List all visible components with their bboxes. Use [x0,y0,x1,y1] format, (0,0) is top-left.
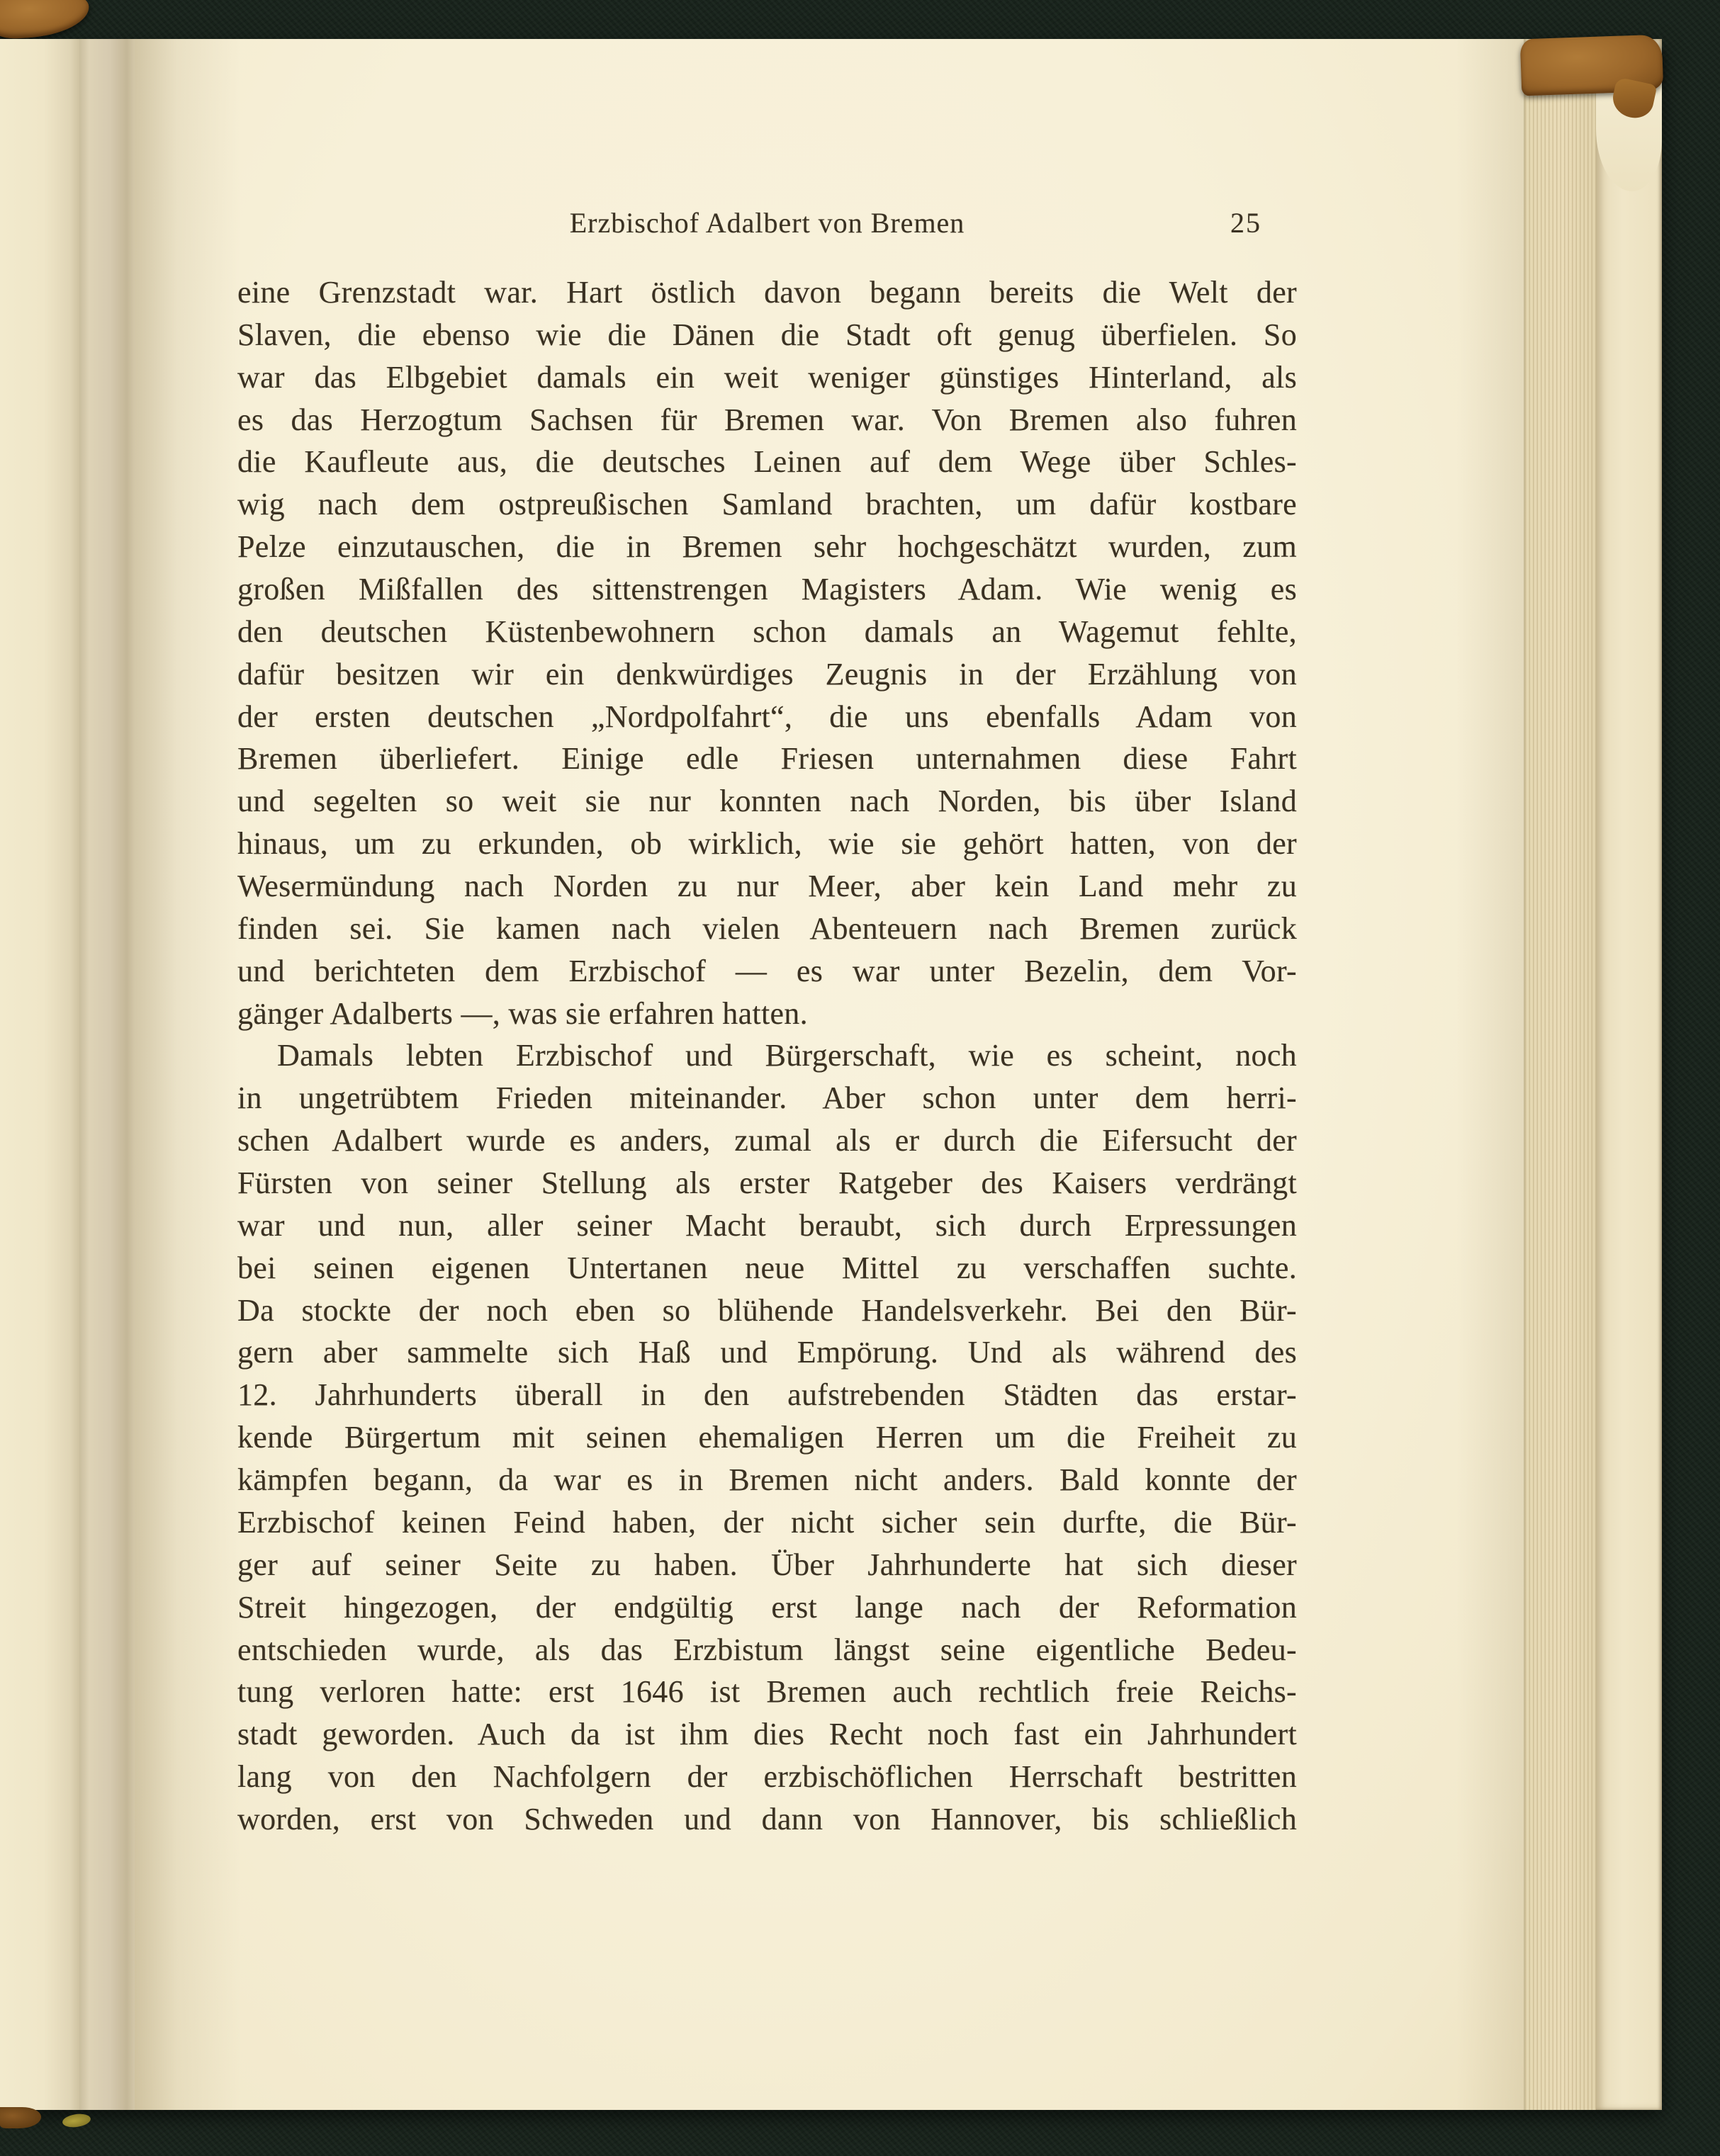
text-line: hinaus, um zu erkunden, ob wirklich, wie… [237,823,1297,865]
open-book: Erzbischof Adalbert von Bremen 25 eine G… [0,39,1662,2110]
book-gutter-fold [79,39,135,2110]
text-line: kämpfen begann, da war es in Bremen nich… [237,1459,1297,1501]
text-line: den deutschen Küstenbewohnern schon dama… [237,611,1297,653]
leather-remnant-top-right-icon [1520,35,1664,96]
body-text: eine Grenzstadt war. Hart östlich davon … [237,271,1297,1841]
text-line: tung verloren hatte: erst 1646 ist Breme… [237,1671,1297,1713]
text-line: worden, erst von Schweden und dann von H… [237,1798,1297,1841]
text-line: stadt geworden. Auch da ist ihm dies Rec… [237,1713,1297,1756]
text-line: dafür besitzen wir ein denkwürdiges Zeug… [237,653,1297,696]
text-line: finden sei. Sie kamen nach vielen Abente… [237,908,1297,950]
text-line: großen Mißfallen des sittenstrengen Magi… [237,568,1297,611]
text-line: und segelten so weit sie nur konnten nac… [237,780,1297,823]
running-header-title: Erzbischof Adalbert von Bremen [570,207,965,239]
text-line: Pelze einzutauschen, die in Bremen sehr … [237,526,1297,568]
text-line: Erzbischof keinen Feind haben, der nicht… [237,1501,1297,1544]
book-page: Erzbischof Adalbert von Bremen 25 eine G… [135,39,1524,2110]
text-line: Slaven, die ebenso wie die Dänen die Sta… [237,314,1297,356]
text-line: Bremen überliefert. Einige edle Friesen … [237,738,1297,780]
facing-page-sliver [0,39,79,2110]
text-line: war und nun, aller seiner Macht beraubt,… [237,1204,1297,1247]
running-header: Erzbischof Adalbert von Bremen 25 [237,207,1297,239]
text-line: Wesermündung nach Norden zu nur Meer, ab… [237,865,1297,908]
text-line: war das Elbgebiet damals ein weit wenige… [237,356,1297,399]
text-line: Da stockte der noch eben so blühende Han… [237,1289,1297,1332]
text-line: schen Adalbert wurde es anders, zumal al… [237,1119,1297,1162]
text-line: eine Grenzstadt war. Hart östlich davon … [237,271,1297,314]
text-line: bei seinen eigenen Untertanen neue Mitte… [237,1247,1297,1289]
text-line: in ungetrübtem Frieden miteinander. Aber… [237,1077,1297,1119]
text-line: lang von den Nachfolgern der erzbischöfl… [237,1756,1297,1798]
text-line: kende Bürgertum mit seinen ehemaligen He… [237,1416,1297,1459]
paper-debris-bottom-left-icon [62,2112,91,2128]
text-line: Fürsten von seiner Stellung als erster R… [237,1162,1297,1204]
text-line: gänger Adalberts —, was sie erfahren hat… [237,993,1297,1035]
text-line: Streit hingezogen, der endgültig erst la… [237,1586,1297,1629]
text-line: die Kaufleute aus, die deutsches Leinen … [237,441,1297,483]
text-line: und berichteten dem Erzbischof — es war … [237,950,1297,993]
page-number: 25 [1230,207,1261,239]
text-line: wig nach dem ostpreußischen Samland brac… [237,483,1297,526]
text-line: entschieden wurde, als das Erzbistum län… [237,1629,1297,1671]
photo-backdrop: Erzbischof Adalbert von Bremen 25 eine G… [0,0,1720,2156]
leather-remnant-top-left-icon [0,0,91,40]
leather-debris-bottom-left-icon [0,2107,41,2128]
text-line: Damals lebten Erzbischof und Bürgerschaf… [237,1034,1297,1077]
fore-edge-page-stack [1524,39,1597,2110]
text-line: ger auf seiner Seite zu haben. Über Jahr… [237,1544,1297,1586]
text-line: es das Herzogtum Sachsen für Bremen war.… [237,399,1297,441]
text-line: der ersten deutschen „Nordpolfahrt“, die… [237,696,1297,738]
text-line: 12. Jahrhunderts überall in den aufstreb… [237,1374,1297,1416]
deckle-page-edge [1596,39,1662,2110]
text-line: gern aber sammelte sich Haß und Empörung… [237,1331,1297,1374]
